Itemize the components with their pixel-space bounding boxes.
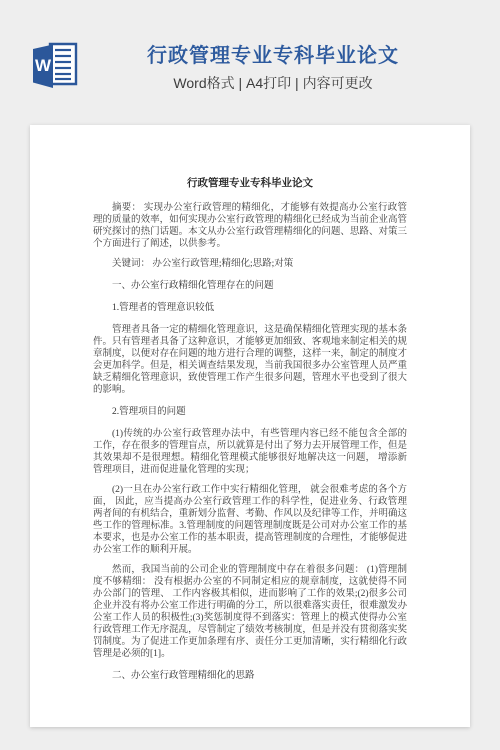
paragraph: (1)传统的办公室行政管理办法中，有些管理内容已经不能包含全部的工作，存在很多的…: [93, 428, 407, 476]
section-heading: 2.管理项目的问题: [93, 406, 407, 418]
section-heading: 二、办公室行政管理精细化的思路: [93, 670, 407, 682]
paragraph: (2)一旦在办公室行政工作中实行精细化管理， 就会很难考虑的各个方面， 因此，应…: [93, 484, 407, 556]
page-subtitle: Word格式 | A4打印 | 内容可更改: [46, 75, 500, 91]
svg-text:W: W: [35, 56, 52, 75]
document-content: 行政管理专业专科毕业论文摘要： 实现办公室行政管理的精细化，才能够有效提高办公室…: [93, 175, 407, 682]
section-heading: 一、办公室行政精细化管理存在的问题: [93, 280, 407, 292]
paragraph: 管理者具备一定的精细化管理意识，这是确保精细化管理实现的基本条件。只有管理者具备…: [93, 324, 407, 396]
page-title: 行政管理专业专科毕业论文: [46, 44, 500, 68]
template-header: W 行政管理专业专科毕业论文 Word格式 | A4打印 | 内容可更改: [0, 0, 500, 125]
section-heading: 1.管理者的管理意识较低: [93, 302, 407, 314]
word-logo-icon: W: [30, 40, 80, 90]
paragraph: 摘要： 实现办公室行政管理的精细化，才能够有效提高办公室行政管理的质量的效率，如…: [93, 202, 407, 250]
paragraph: 关键词： 办公室行政管理;精细化;思路;对策: [93, 258, 407, 270]
document-title: 行政管理专业专科毕业论文: [93, 175, 407, 190]
paragraph: 然而，我国当前的公司企业的管理制度中存在着很多问题： (1)管理制度不够精细： …: [93, 564, 407, 660]
document-page: 行政管理专业专科毕业论文摘要： 实现办公室行政管理的精细化，才能够有效提高办公室…: [30, 125, 470, 727]
